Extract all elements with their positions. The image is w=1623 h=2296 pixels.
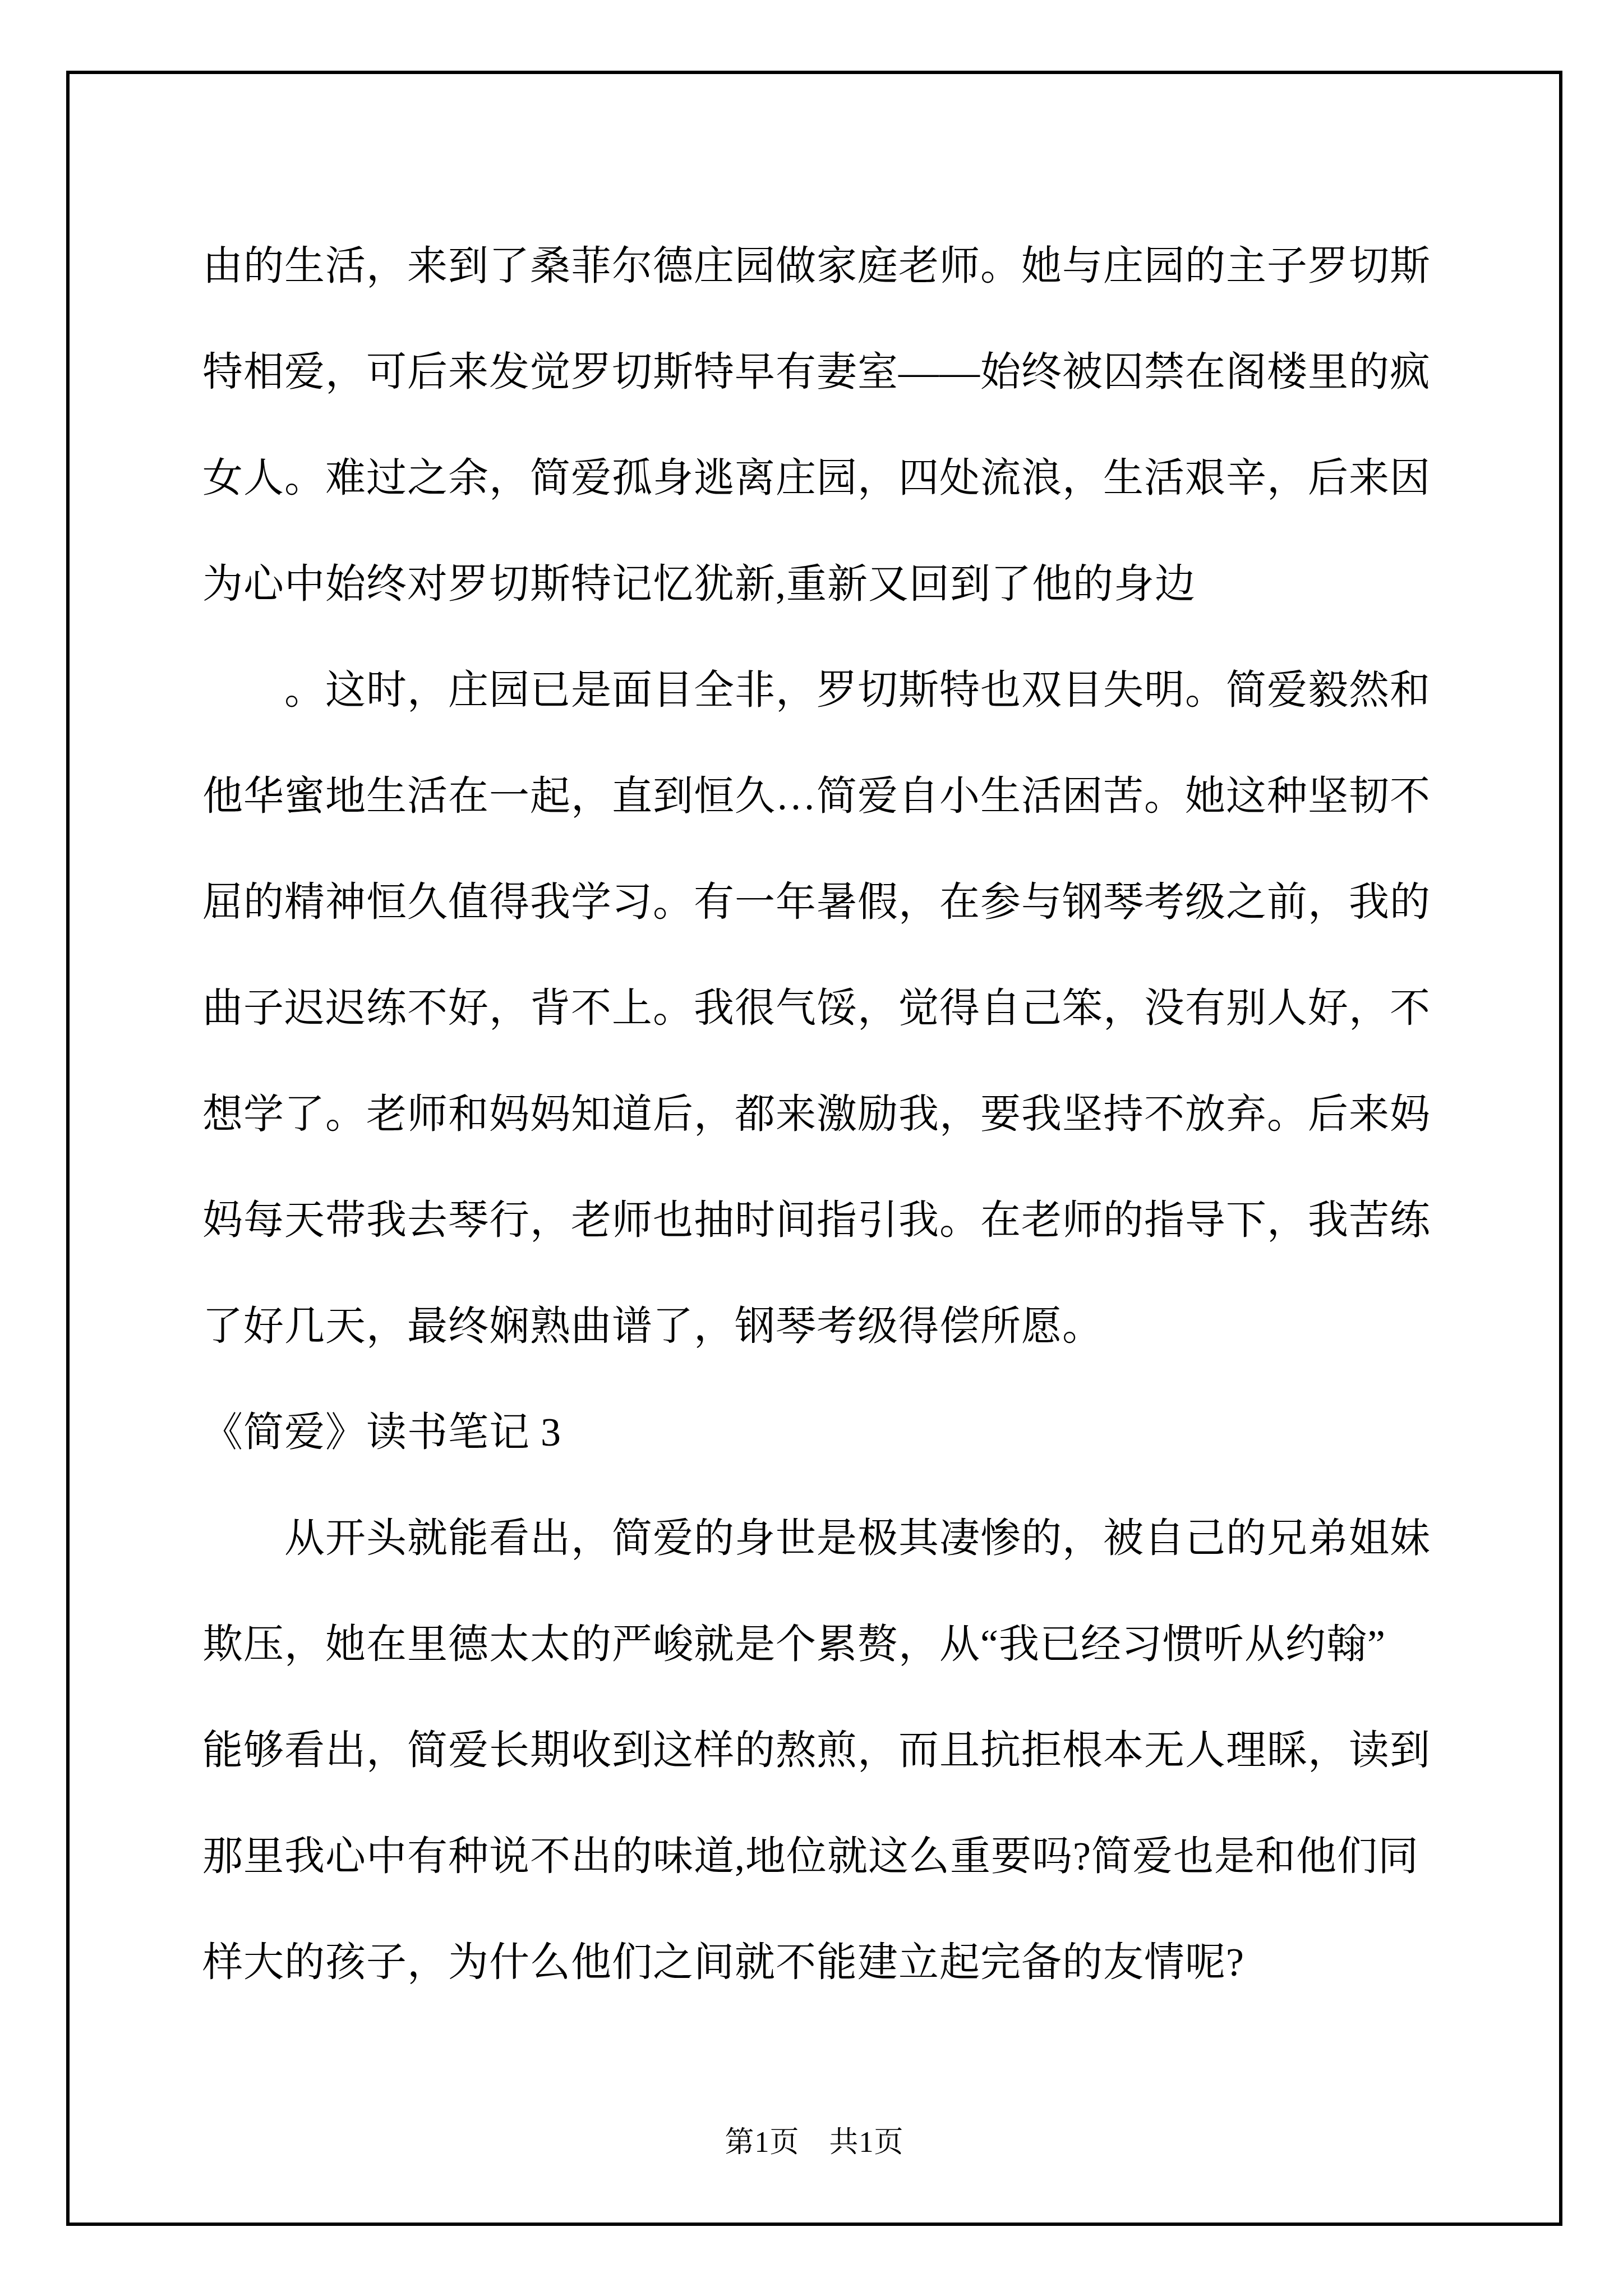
text-line-17: 样大的孩子，为什么他们之间就不能建立起完备的友情呢?: [202, 1910, 1430, 2016]
text-line-16: 那里我心中有种说不出的味道,地位就这么重要吗?简爱也是和他们同: [202, 1803, 1430, 1910]
text-block: 由的生活，来到了桑菲尔德庄园做家庭老师。她与庄园的主子罗切斯 特相爱，可后来发觉…: [202, 213, 1430, 2016]
text-line-9: 想学了。老师和妈妈知道后，都来激励我，要我坚持不放弃。后来妈: [202, 1061, 1430, 1167]
text-line-8: 曲子迟迟练不好，背不上。我很气馁，觉得自己笨，没有别人好，不: [202, 955, 1430, 1061]
text-line-2: 特相爱，可后来发觉罗切斯特早有妻室——始终被囚禁在阁楼里的疯: [202, 319, 1430, 425]
document-page: 由的生活，来到了桑菲尔德庄园做家庭老师。她与庄园的主子罗切斯 特相爱，可后来发觉…: [0, 0, 1623, 2296]
text-line-5: 。这时，庄园已是面目全非，罗切斯特也双目失明。简爱毅然和: [202, 637, 1430, 743]
text-line-13: 从开头就能看出，简爱的身世是极其凄惨的，被自己的兄弟姐妹: [202, 1485, 1430, 1591]
text-line-10: 妈每天带我去琴行，老师也抽时间指引我。在老师的指导下，我苦练: [202, 1167, 1430, 1273]
page-border: 由的生活，来到了桑菲尔德庄园做家庭老师。她与庄园的主子罗切斯 特相爱，可后来发觉…: [66, 71, 1562, 2226]
text-line-7: 屈的精神恒久值得我学习。有一年暑假，在参与钢琴考级之前，我的: [202, 849, 1430, 955]
text-line-12: 《简爱》读书笔记 3: [202, 1379, 1430, 1485]
text-line-11: 了好几天，最终娴熟曲谱了，钢琴考级得偿所愿。: [202, 1273, 1430, 1379]
text-line-14: 欺压，她在里德太太的严峻就是个累赘，从“我已经习惯听从约翰”: [202, 1591, 1430, 1697]
text-line-6: 他华蜜地生活在一起，直到恒久…简爱自小生活困苦。她这种坚韧不: [202, 743, 1430, 849]
text-line-4: 为心中始终对罗切斯特记忆犹新,重新又回到了他的身边: [202, 531, 1430, 637]
page-number-footer: 第1页 共1页: [70, 2126, 1559, 2160]
text-line-3: 女人。难过之余，简爱孤身逃离庄园，四处流浪，生活艰辛，后来因: [202, 425, 1430, 531]
text-line-15: 能够看出，简爱长期收到这样的熬煎，而且抗拒根本无人理睬，读到: [202, 1697, 1430, 1803]
text-line-1: 由的生活，来到了桑菲尔德庄园做家庭老师。她与庄园的主子罗切斯: [202, 213, 1430, 319]
